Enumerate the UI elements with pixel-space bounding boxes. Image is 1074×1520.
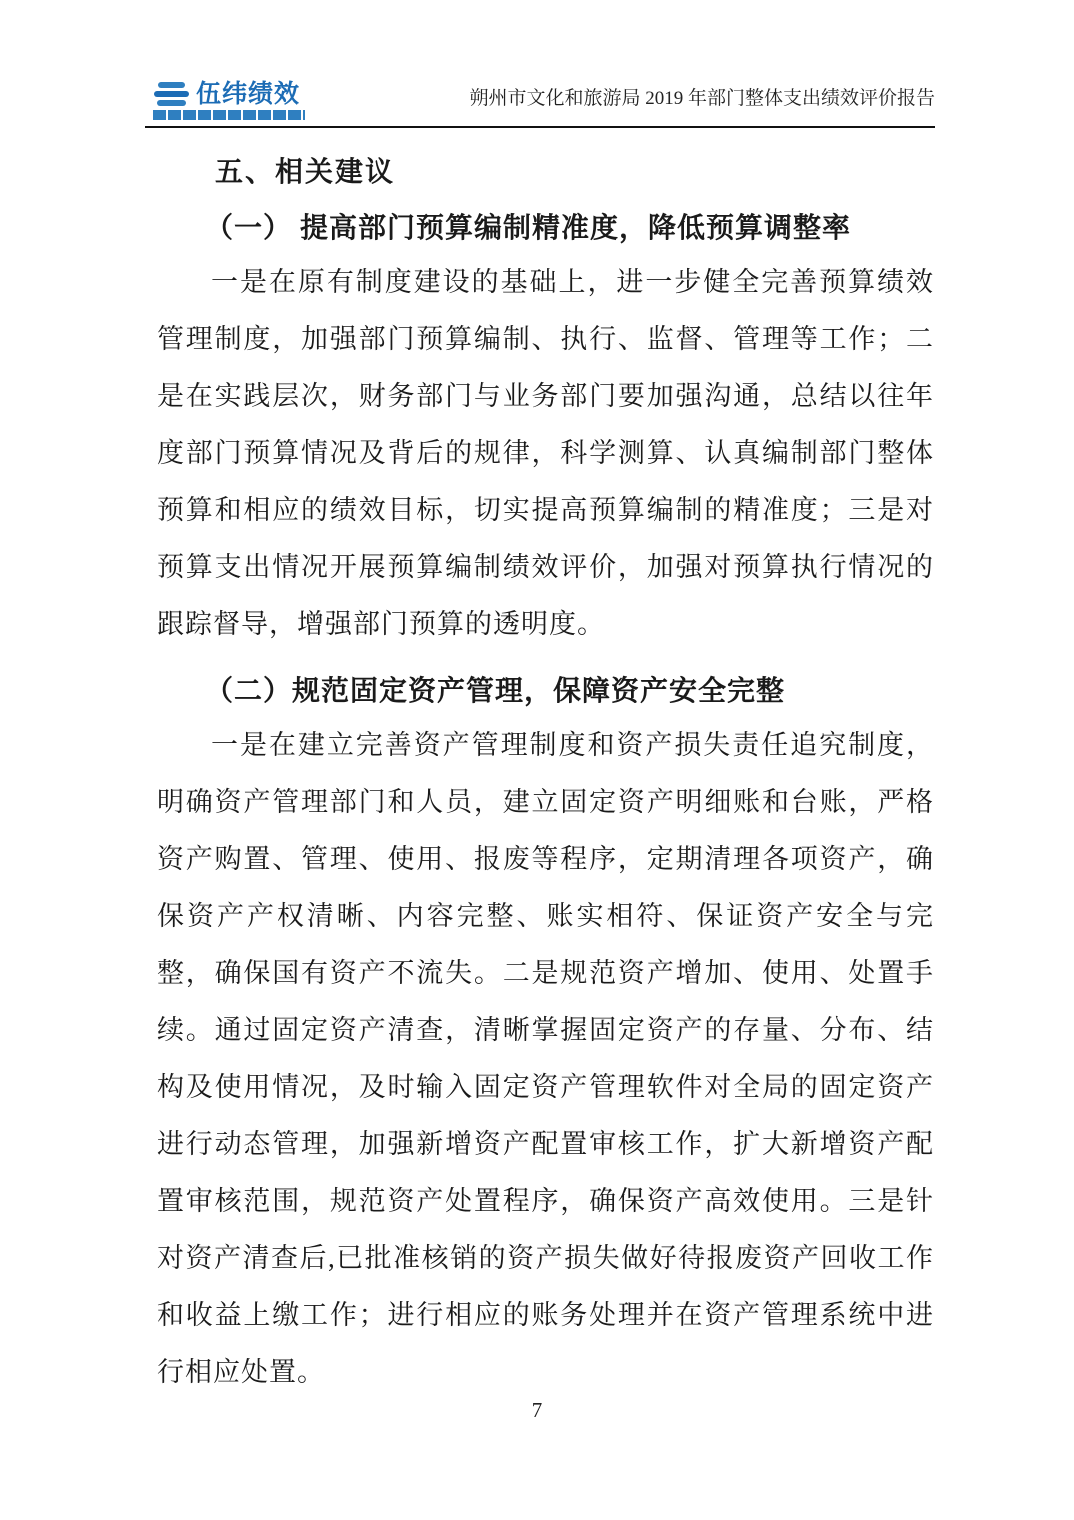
logo-subtext-strip — [153, 110, 305, 120]
document-body: 五、相关建议 （一） 提高部门预算编制精准度，降低预算调整率 一是在原有制度建设… — [157, 128, 934, 1401]
company-logo: 伍纬绩效 — [153, 81, 305, 120]
logo-row: 伍纬绩效 — [153, 81, 305, 107]
page-number: 7 — [532, 1398, 543, 1422]
document-page: 伍纬绩效 朔州市文化和旅游局 2019 年部门整体支出绩效评价报告 五、相关建议… — [0, 0, 1074, 1520]
page-header: 伍纬绩效 朔州市文化和旅游局 2019 年部门整体支出绩效评价报告 — [145, 0, 935, 128]
subsection-1-heading: （一） 提高部门预算编制精准度，降低预算调整率 — [205, 206, 934, 246]
section-title: 五、相关建议 — [215, 150, 934, 190]
logo-stripes-icon — [153, 81, 191, 107]
subsection-1-paragraph: 一是在原有制度建设的基础上，进一步健全完善预算绩效管理制度，加强部门预算编制、执… — [157, 254, 934, 653]
page-footer: 7 — [0, 1398, 1074, 1423]
report-title: 朔州市文化和旅游局 2019 年部门整体支出绩效评价报告 — [469, 83, 935, 110]
logo-text: 伍纬绩效 — [196, 82, 300, 107]
subsection-2-paragraph: 一是在建立完善资产管理制度和资产损失责任追究制度，明确资产管理部门和人员，建立固… — [157, 717, 934, 1401]
subsection-2-heading: （二）规范固定资产管理，保障资产安全完整 — [205, 669, 934, 709]
